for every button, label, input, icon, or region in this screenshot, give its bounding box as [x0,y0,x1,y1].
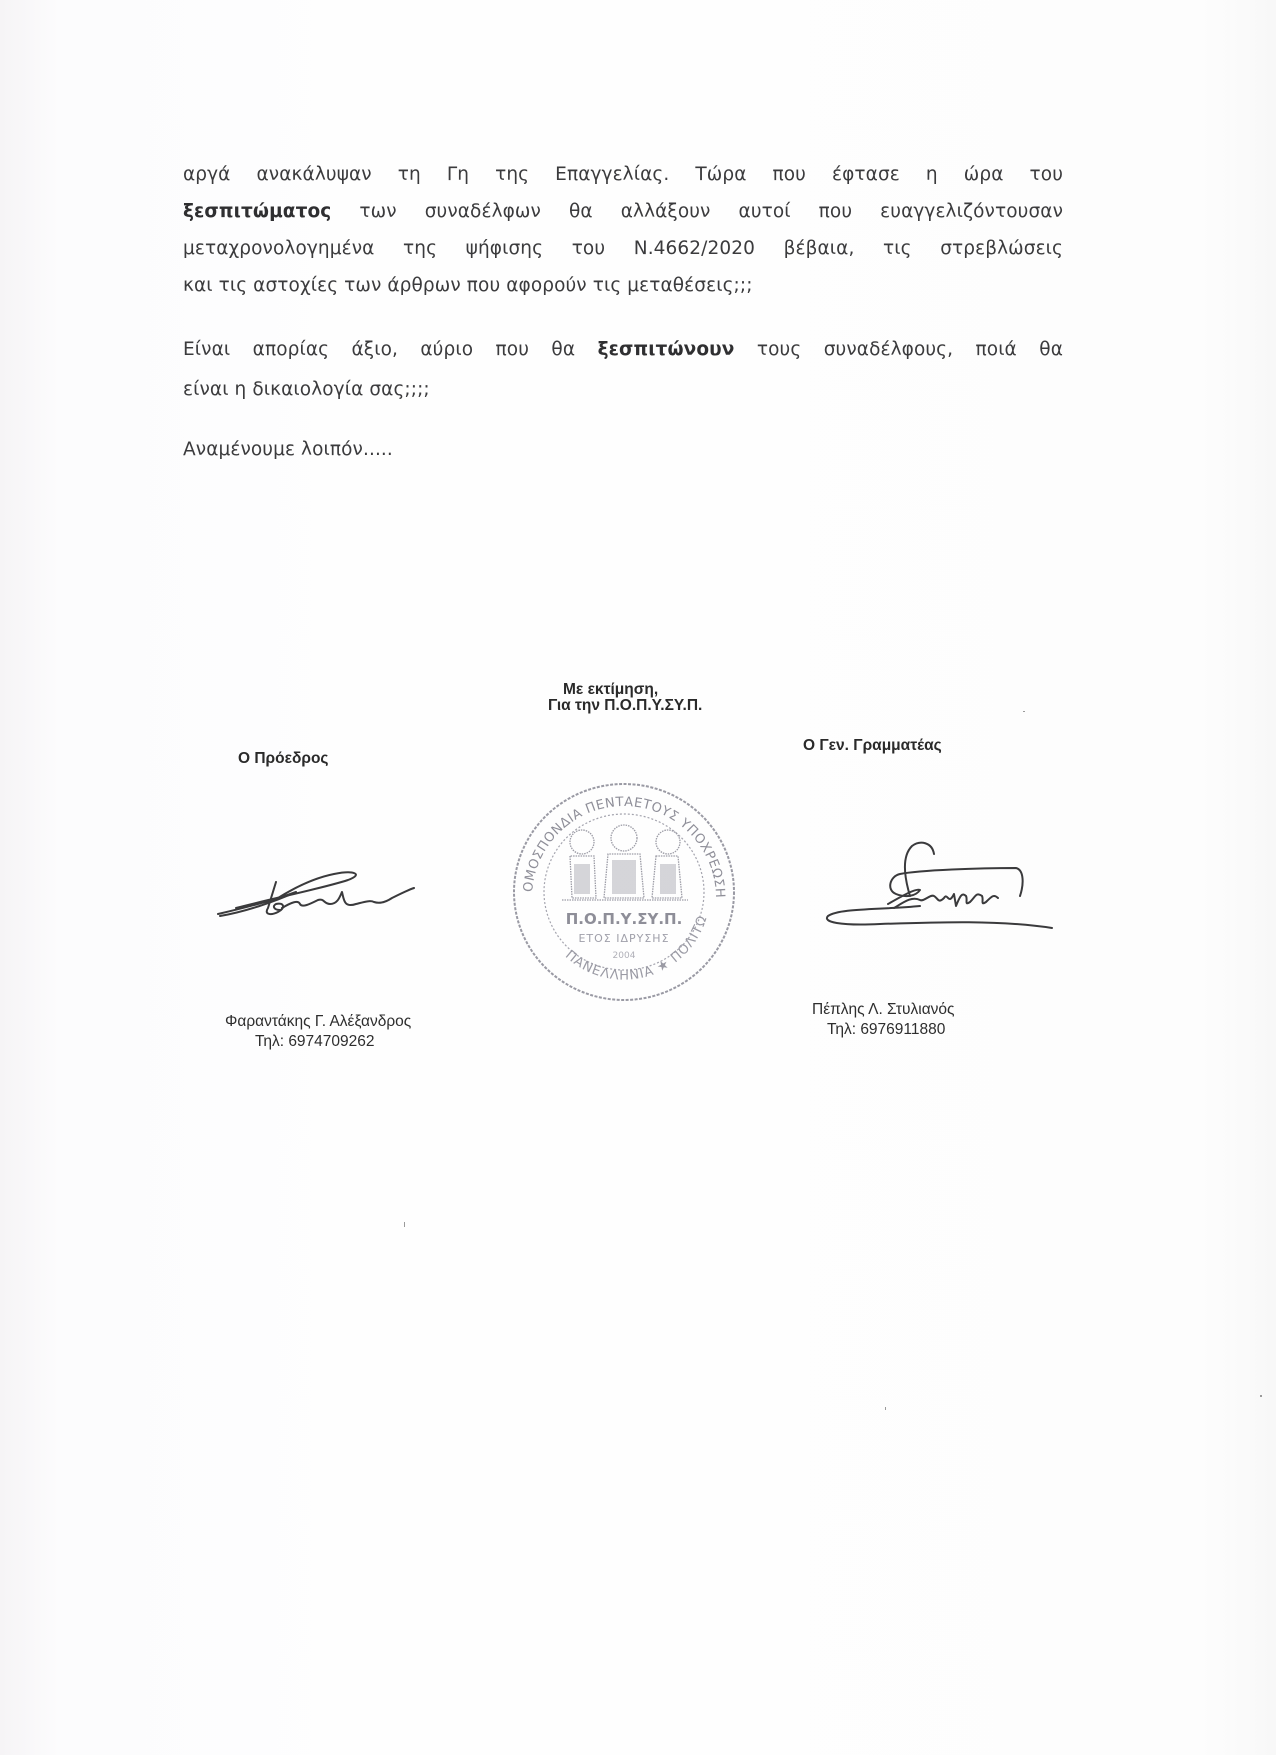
paragraph-text: Είναι απορίας άξιο, αύριο που θα [183,339,598,360]
secretary-signature [820,836,1060,936]
paragraph-line: ξεσπιτώματος των συναδέλφων θα αλλάξουν … [183,193,1063,230]
closing-line: Αναμένουμε λοιπόν..... [183,431,1063,468]
scan-speck [404,1222,405,1227]
president-title: Ο Πρόεδρος [238,750,329,768]
paragraph-line: μεταχρονολογημένα της ψήφισης του Ν.4662… [183,230,1063,267]
paragraph-line: Είναι απορίας άξιο, αύριο που θα ξεσπιτώ… [183,331,1063,368]
scan-speck [885,1407,886,1410]
body-paragraph-2: Είναι απορίας άξιο, αύριο που θα ξεσπιτώ… [183,331,1063,408]
secretary-phone: Τηλ: 6976911880 [827,1020,945,1040]
paragraph-line-rest: των συναδέλφων θα αλλάξουν αυτοί που ευα… [331,201,1063,222]
emphasis-word: ξεσπιτώματος [183,201,331,222]
secretary-name: Πέπλης Λ. Στυλιανός [812,1000,955,1020]
stamp-seal-icon: ΟΜΟΣΠΟΝΔΙΑ ΠΕΝΤΑΕΤΟΥΣ ΥΠΟΧΡΕΩΣΗΣ ΣΥΝΑΦΟΥ… [510,780,738,1004]
president-phone: Τηλ: 6974709262 [255,1032,375,1052]
stamp-founded-label: ΕΤΟΣ ΙΔΡΥΣΗΣ [578,932,669,945]
organization-stamp: ΟΜΟΣΠΟΝΔΙΑ ΠΕΝΤΑΕΤΟΥΣ ΥΠΟΧΡΕΩΣΗΣ ΣΥΝΑΦΟΥ… [510,780,738,1004]
stamp-acronym: Π.Ο.Π.Υ.ΣΥ.Π. [566,910,683,928]
president-name: Φαραντάκης Γ. Αλέξανδρος [225,1012,411,1032]
body-paragraph-1: αργά ανακάλυψαν τη Γη της Επαγγελίας. Τώ… [183,156,1063,304]
paragraph-line: είναι η δικαιολογία σας;;;; [183,371,1063,408]
president-signature [214,868,424,924]
secretary-title: Ο Γεν. Γραμματέας [803,737,942,755]
closing-text: Αναμένουμε λοιπόν..... [183,431,1063,468]
scan-speck [1023,711,1025,712]
emphasis-word: ξεσπιτώνουν [598,339,735,360]
paragraph-text: τους συναδέλφους, ποιά θα [734,339,1063,360]
paragraph-line: αργά ανακάλυψαν τη Γη της Επαγγελίας. Τώ… [183,156,1063,193]
organization-line: Για την Π.Ο.Π.Υ.ΣΥ.Π. [548,697,702,715]
scan-speck [1260,1395,1262,1397]
paragraph-line: και τις αστοχίες των άρθρων που αφορούν … [183,267,1063,304]
stamp-founded-year: 2004 [613,951,636,961]
